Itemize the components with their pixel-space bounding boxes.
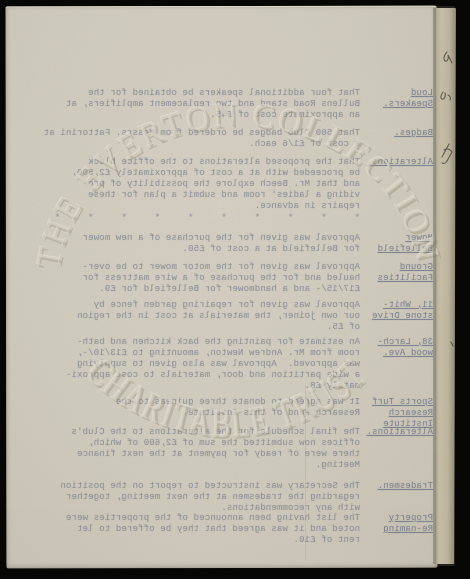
entry-margin-label: 11, Whit- stone Drive (361, 300, 433, 322)
entry-margin-label: Ground Facilities (361, 262, 433, 284)
entry-margin-label: Mower Bellefield (361, 233, 433, 255)
typed-minutes-mirrored: Loud Speakers.That four additional speak… (6, 6, 437, 568)
entry-body-text: That 500 Club badges be ordered from Mes… (58, 128, 360, 150)
entry-body-text: The Secretary was instructed to report o… (58, 481, 360, 514)
entry-margin-label: Tradesmen. (361, 481, 433, 492)
entry-margin-label: Alterations. (361, 427, 433, 438)
entry-body-text: Approval was given for the motor mower t… (58, 262, 360, 295)
entry-margin-label: Badges. (361, 128, 433, 139)
entry-body-text: That the proposed alterations to the off… (58, 157, 360, 212)
entry-margin-label: 38, Larch- wood Ave. (361, 337, 433, 359)
entry-body-text: The final schedule for the alterations t… (58, 427, 360, 471)
entry-body-text: It was agreed to donate three guineas to… (58, 397, 360, 419)
photographed-minute-page: Loud Speakers.That four additional speak… (0, 0, 470, 579)
entry-body-text: Approval was given for repairing garden … (58, 300, 360, 333)
entry-body-text: The list having been announced of the pr… (58, 513, 360, 546)
entry-margin-label: Property Re-naming (361, 513, 433, 535)
entry-margin-label: Loud Speakers. (361, 88, 433, 110)
entry-margin-label: Alterations. (361, 157, 433, 168)
entry-body-text: Approval was given for the purchase of a… (58, 233, 360, 255)
entry-body-text: That four additional speakers be obtaine… (58, 88, 360, 121)
asterisk-divider: * * * * * * * * * * (58, 213, 360, 224)
entry-margin-label: Sports Turf Research Institute (361, 397, 433, 430)
entry-body-text: An estimate for painting the back kitche… (58, 337, 360, 392)
